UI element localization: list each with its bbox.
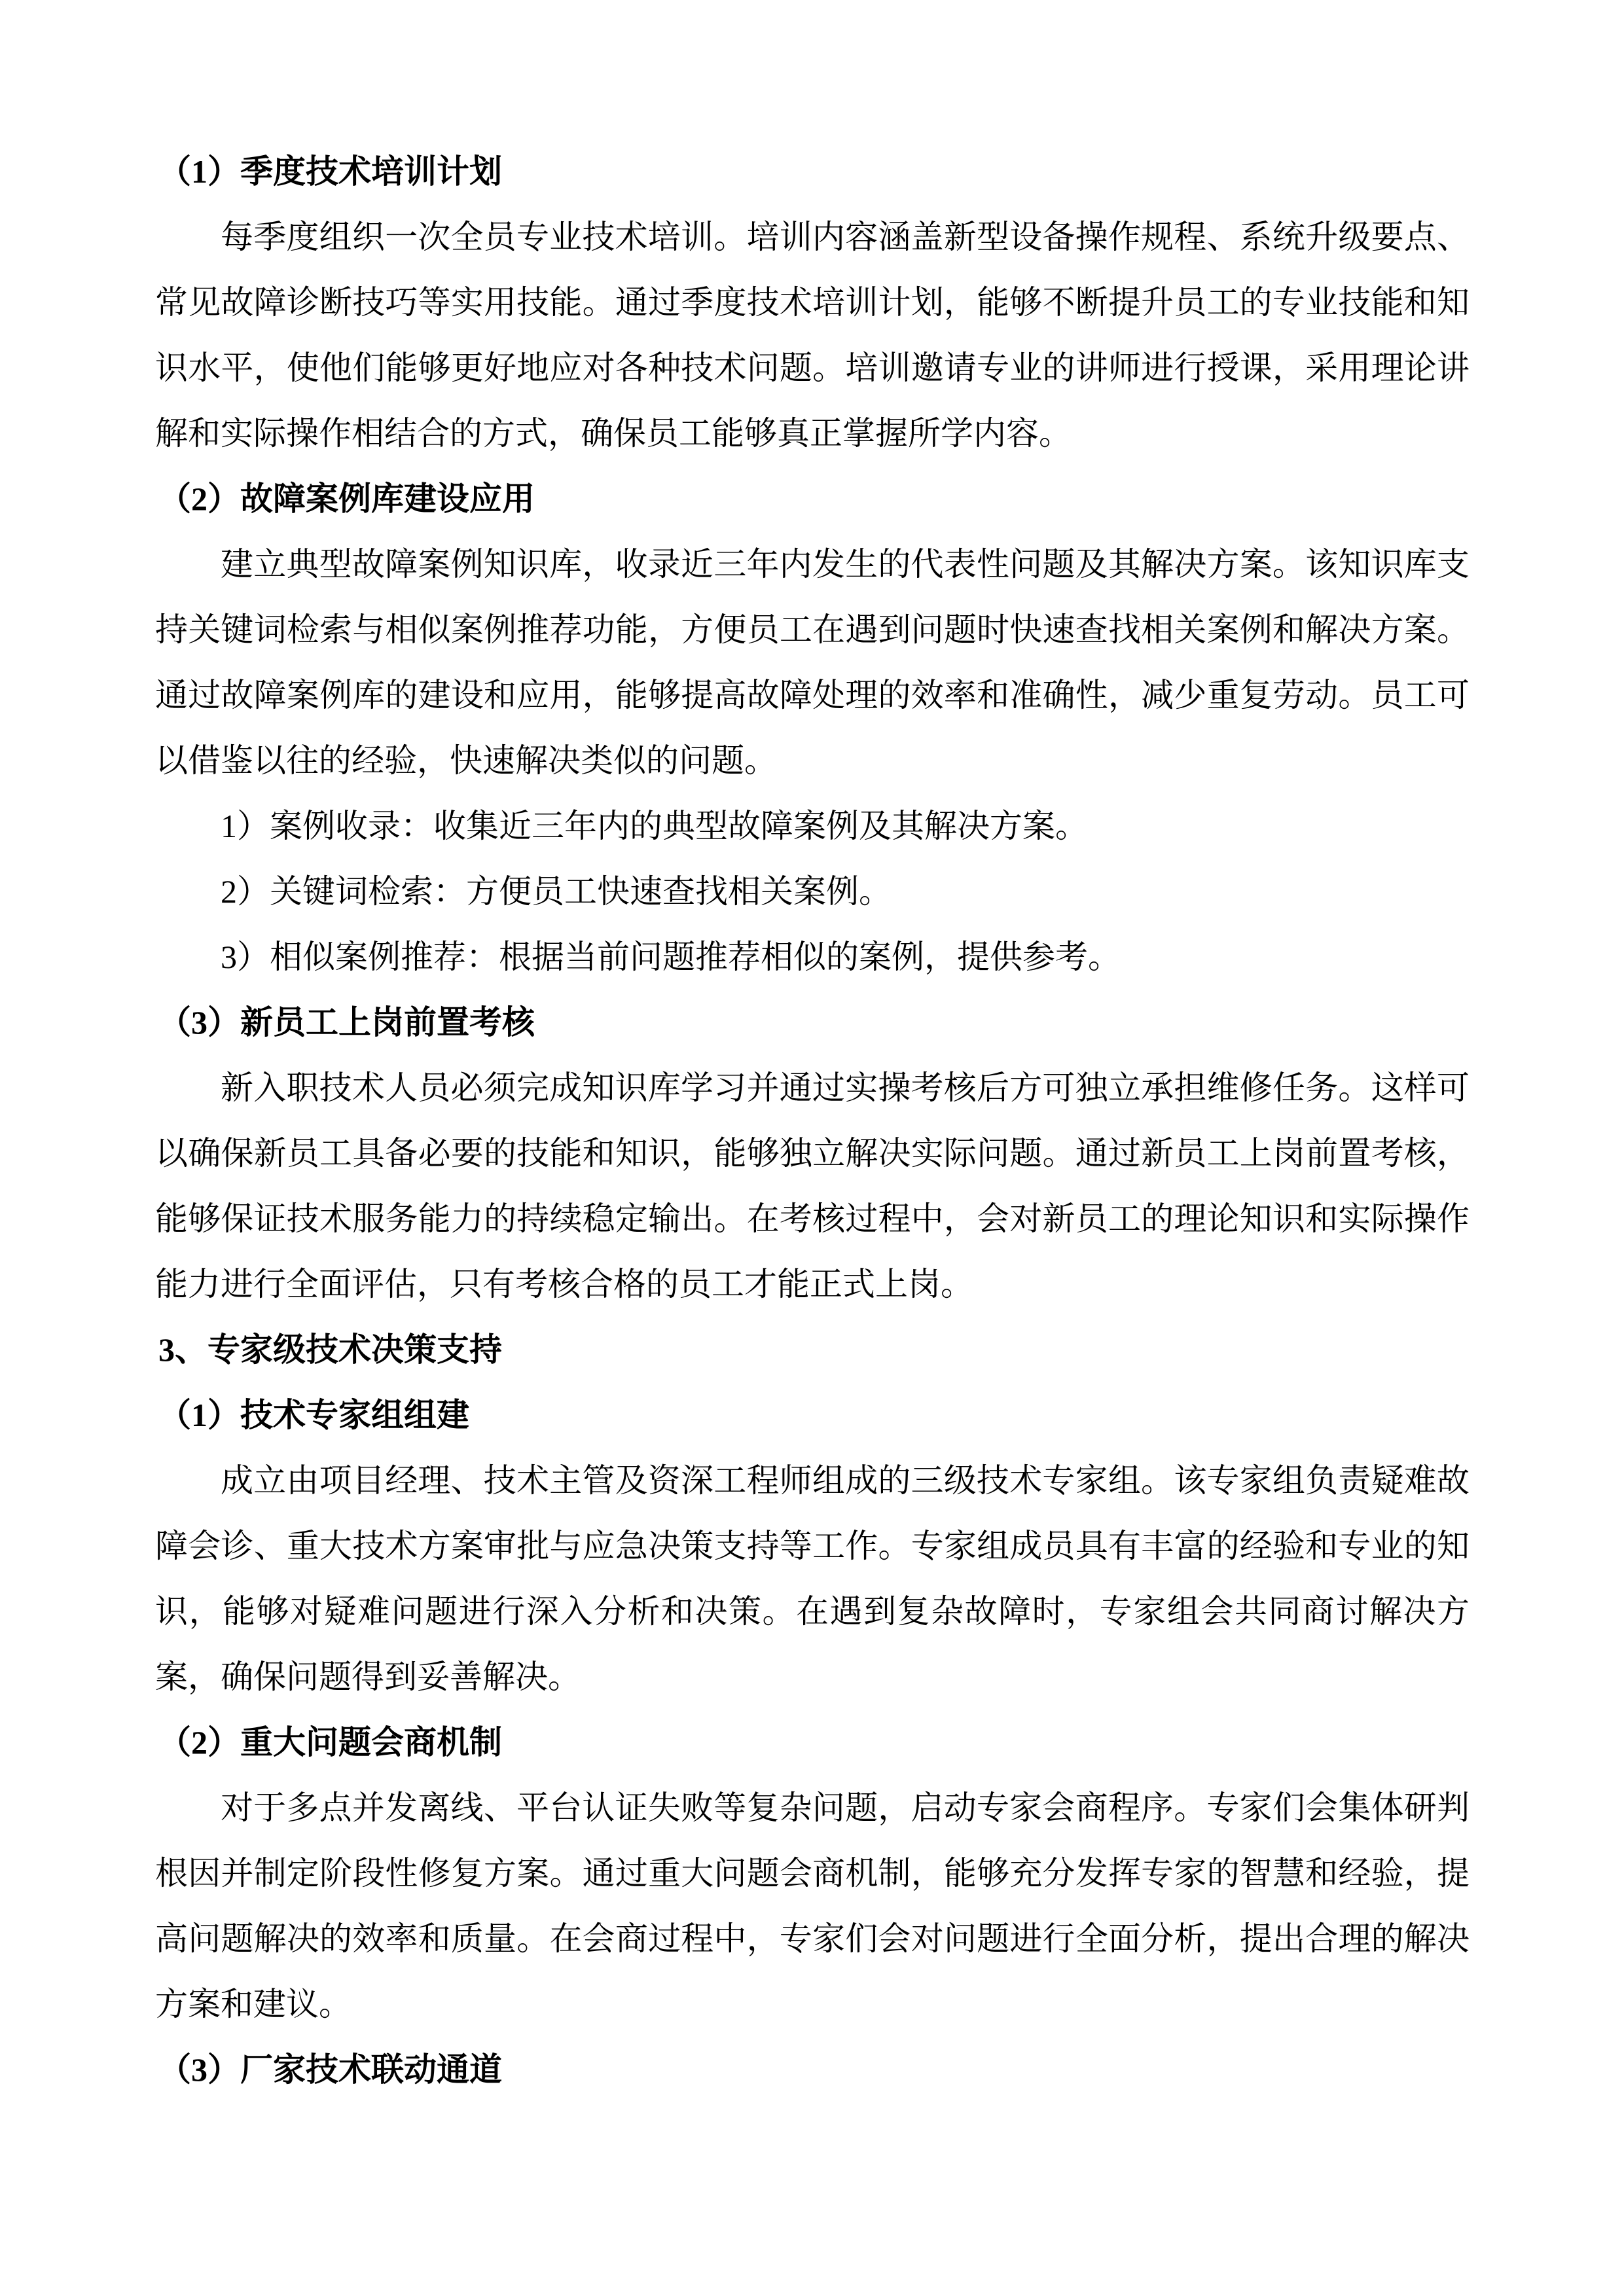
section-heading-level3: （1）季度技术培训计划 — [155, 139, 1470, 204]
body-paragraph: 对于多点并发离线、平台认证失败等复杂问题，启动专家会商程序。专家们会集体研判根因… — [155, 1775, 1470, 2037]
body-paragraph: 成立由项目经理、技术主管及资深工程师组成的三级技术专家组。该专家组负责疑难故障会… — [155, 1448, 1470, 1710]
document-content: （1）季度技术培训计划每季度组织一次全员专业技术培训。培训内容涵盖新型设备操作规… — [155, 139, 1470, 2102]
body-paragraph: 新入职技术人员必须完成知识库学习并通过实操考核后方可独立承担维修任务。这样可以确… — [155, 1055, 1470, 1317]
numbered-list-item: 1）案例收录：收集近三年内的典型故障案例及其解决方案。 — [155, 793, 1470, 859]
section-heading-level2: 3、专家级技术决策支持 — [155, 1317, 1470, 1382]
numbered-list-item: 3）相似案例推荐：根据当前问题推荐相似的案例，提供参考。 — [155, 924, 1470, 990]
section-heading-level3: （2）重大问题会商机制 — [155, 1710, 1470, 1775]
section-heading-level3: （2）故障案例库建设应用 — [155, 466, 1470, 531]
body-paragraph: 建立典型故障案例知识库，收录近三年内发生的代表性问题及其解决方案。该知识库支持关… — [155, 531, 1470, 793]
numbered-list-item: 2）关键词检索：方便员工快速查找相关案例。 — [155, 859, 1470, 924]
body-paragraph: 每季度组织一次全员专业技术培训。培训内容涵盖新型设备操作规程、系统升级要点、常见… — [155, 204, 1470, 466]
document-page: （1）季度技术培训计划每季度组织一次全员专业技术培训。培训内容涵盖新型设备操作规… — [0, 0, 1624, 2296]
section-heading-level3: （3）新员工上岗前置考核 — [155, 990, 1470, 1055]
section-heading-level3: （3）厂家技术联动通道 — [155, 2037, 1470, 2102]
section-heading-level3: （1）技术专家组组建 — [155, 1382, 1470, 1448]
